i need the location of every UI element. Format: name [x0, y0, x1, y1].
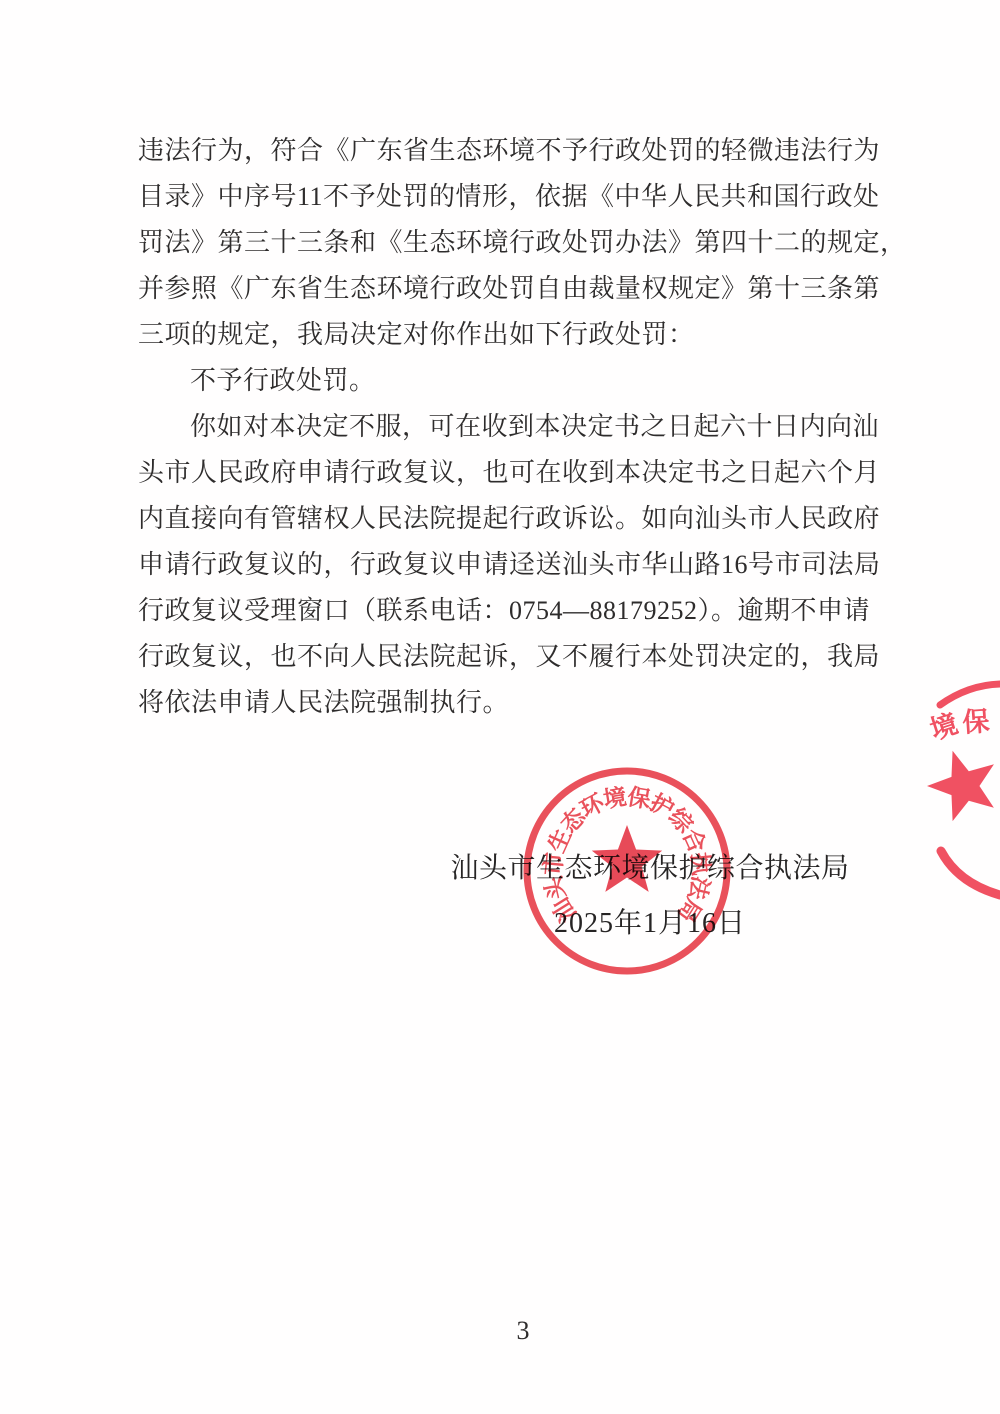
text-line: 罚法》第三十三条和《生态环境行政处罚办法》第四十二的规定，	[138, 220, 888, 266]
document-page: 违法行为，符合《广东省生态环境不予行政处罚的轻微违法行为目录》中序号11不予处罚…	[0, 0, 1000, 1414]
text-line: 内直接向有管辖权人民法院提起行政诉讼。如向汕头市人民政府	[138, 496, 888, 542]
page-number: 3	[23, 1316, 1000, 1346]
partial-seal-char: 保	[961, 706, 990, 738]
text-line: 头市人民政府申请行政复议，也可在收到本决定书之日起六个月	[138, 450, 888, 496]
text-line: 申请行政复议的，行政复议申请迳送汕头市华山路16号市司法局	[138, 542, 888, 588]
issue-date: 2025年1月16日	[420, 901, 880, 941]
partial-seal-star-icon	[919, 740, 1000, 825]
text-line: 行政复议，也不向人民法院起诉，又不履行本处罚决定的，我局	[138, 634, 888, 680]
text-line: 不予行政处罚。	[138, 358, 888, 404]
seal-arc-char: 态	[556, 802, 591, 837]
text-line: 违法行为，符合《广东省生态环境不予行政处罚的轻微违法行为	[138, 128, 888, 174]
seal-arc-char: 环	[576, 789, 609, 822]
seal-arc-char: 护	[646, 789, 679, 823]
text-line: 将依法申请人民法院强制执行。	[138, 680, 888, 726]
partial-seal-char: 境	[926, 708, 961, 746]
text-line: 三项的规定，我局决定对你作出如下行政处罚：	[138, 312, 888, 358]
partial-seal-bottom-arc	[941, 851, 1000, 895]
partial-seal-stamp: 境 保	[900, 655, 1000, 950]
document-body: 违法行为，符合《广东省生态环境不予行政处罚的轻微违法行为目录》中序号11不予处罚…	[138, 128, 888, 726]
text-line: 并参照《广东省生态环境行政处罚自由裁量权规定》第十三条第	[138, 266, 888, 312]
partial-seal-top-arc	[940, 684, 1000, 705]
signature-block: 汕头市生态环境保护综合执法局 2025年1月16日	[420, 846, 880, 941]
issuing-authority: 汕头市生态环境保护综合执法局	[420, 846, 880, 886]
text-line: 目录》中序号11不予处罚的情形，依据《中华人民共和国行政处	[138, 174, 888, 220]
seal-arc-char: 保	[626, 783, 653, 812]
text-line: 行政复议受理窗口（联系电话：0754—88179252）。逾期不申请	[138, 588, 888, 634]
seal-arc-char: 境	[601, 783, 628, 812]
text-line: 你如对本决定不服，可在收到本决定书之日起六十日内向汕	[138, 404, 888, 450]
seal-arc-char: 综	[664, 803, 699, 838]
